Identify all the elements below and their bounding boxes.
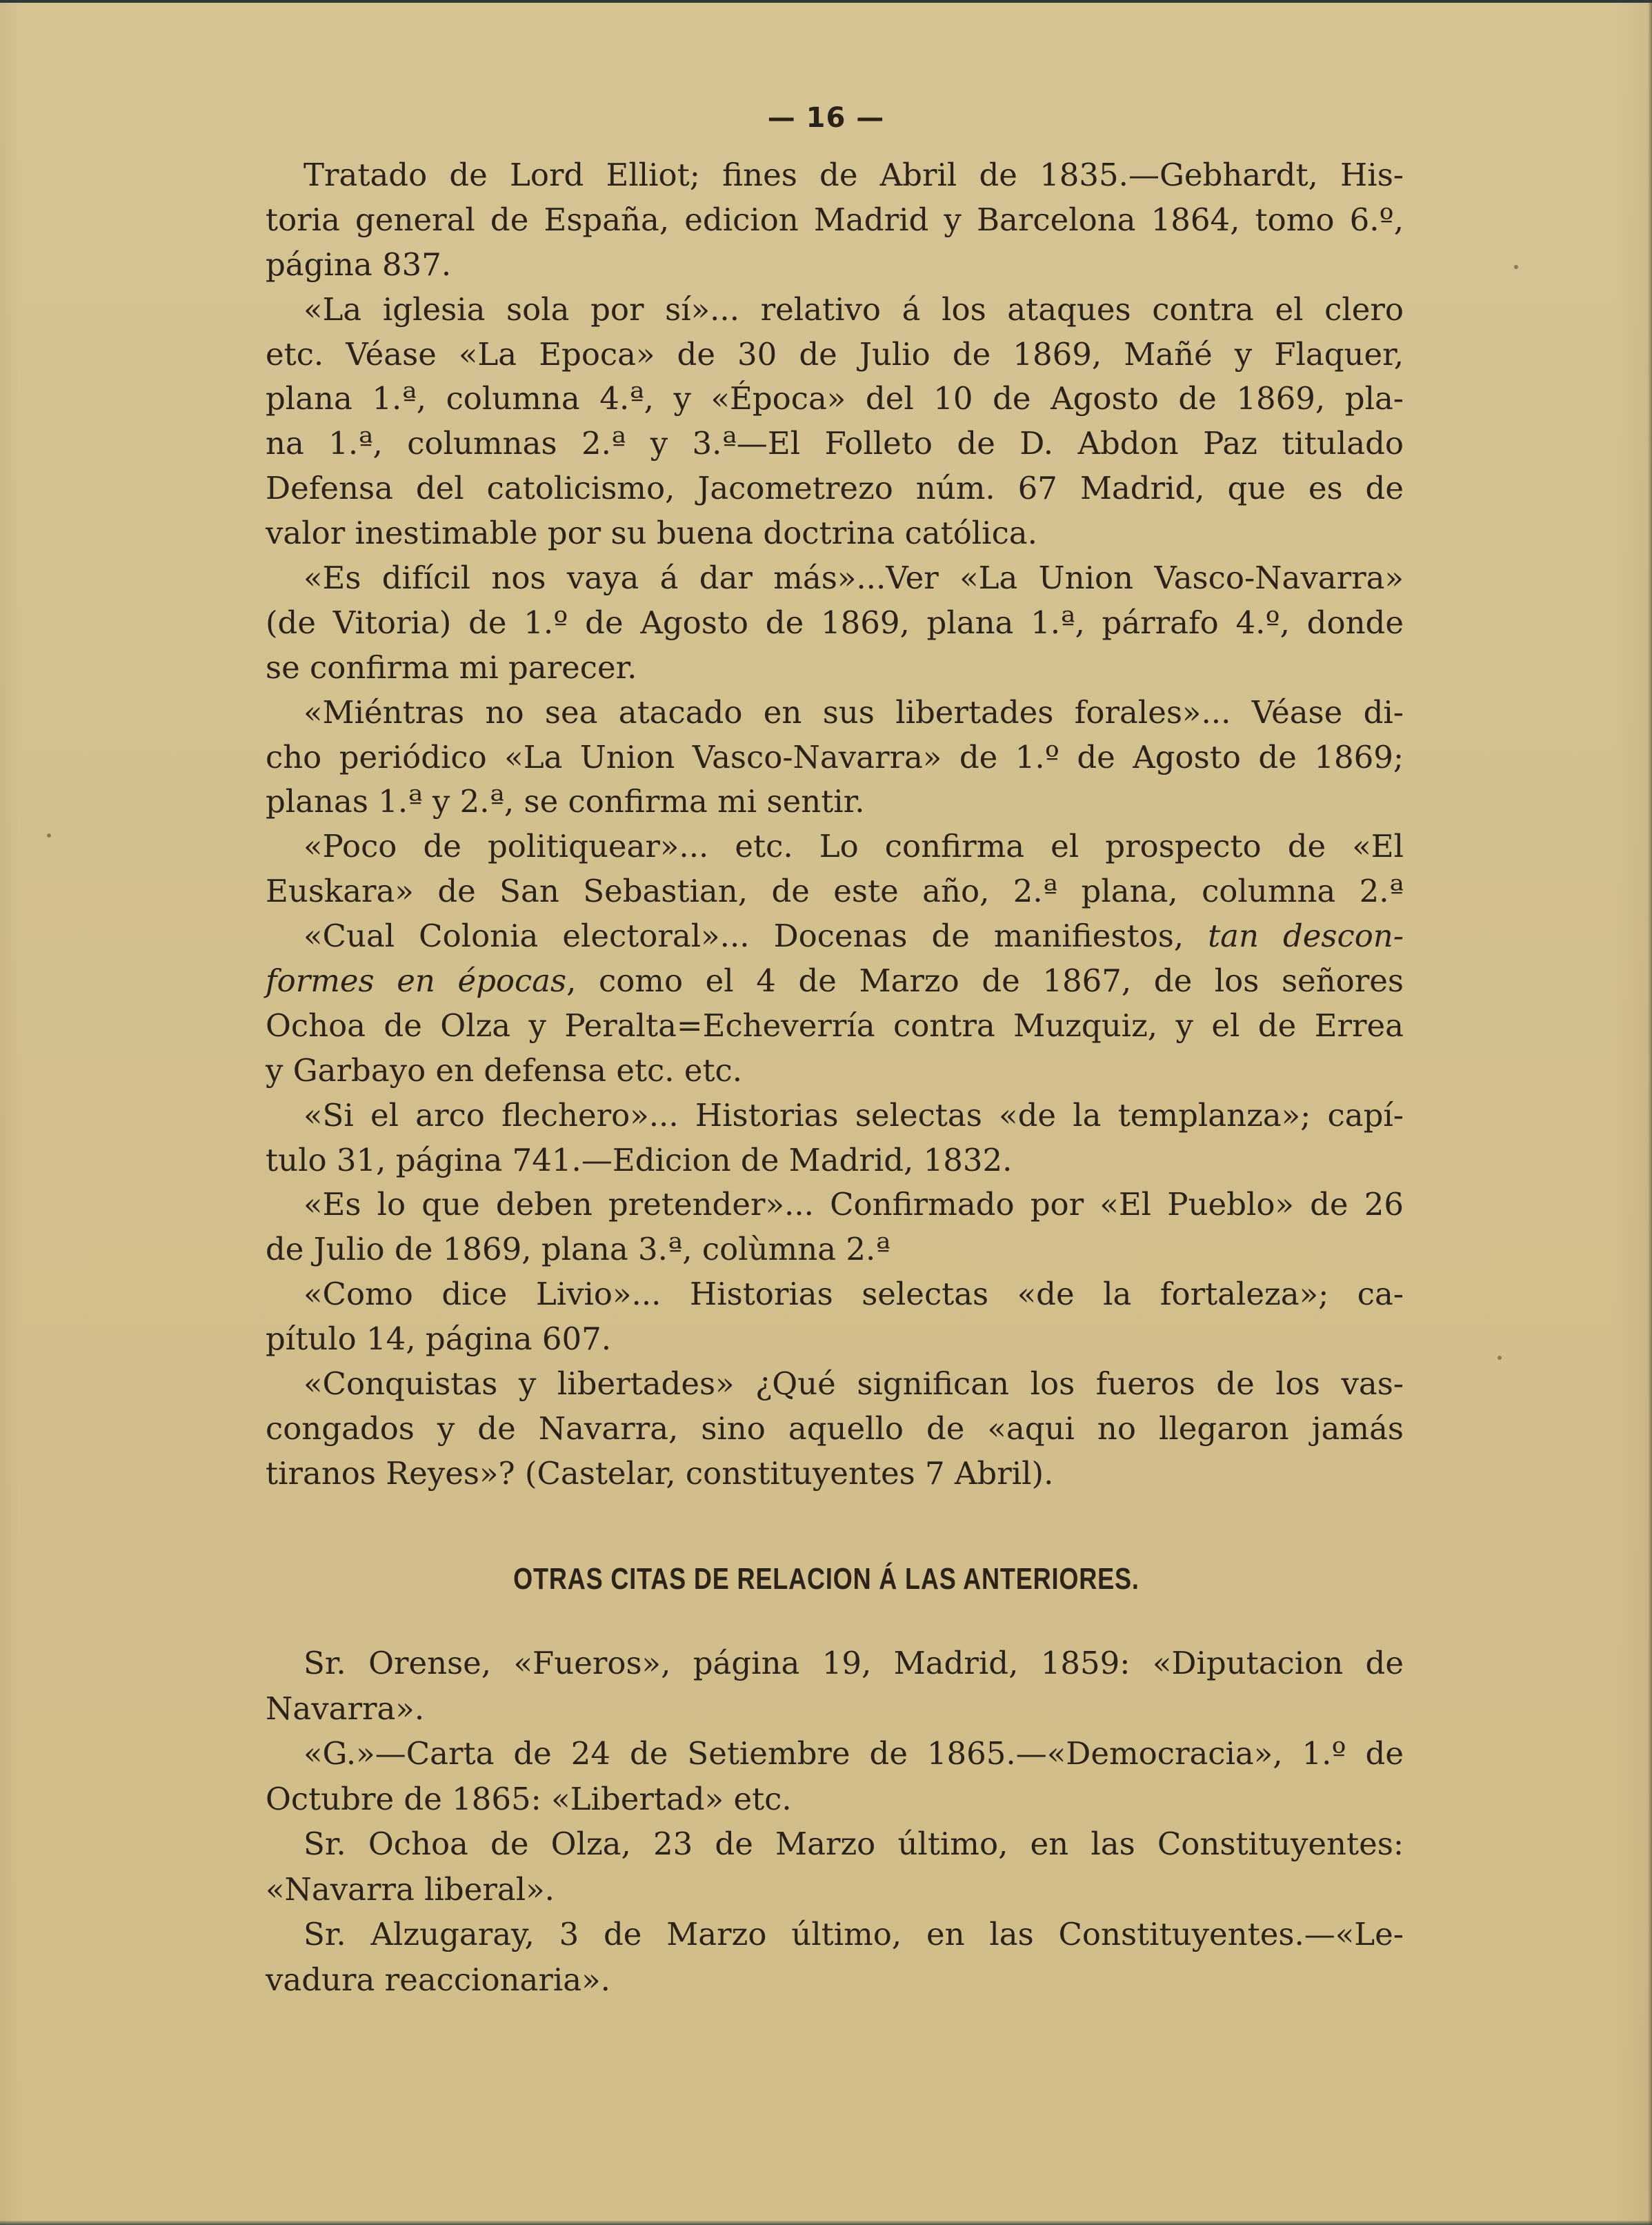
section-text: Sr. Orense, «Fueros», página 19, Madrid,… xyxy=(266,1641,1404,2002)
text-segment: , como el 4 de Marzo de 1867, de los señ… xyxy=(566,962,1404,999)
text-line: «Conquistas y libertades» ¿Qué significa… xyxy=(266,1362,1404,1407)
text-line: cho periódico «La Union Vasco-Navarra» d… xyxy=(266,735,1404,780)
text-line: formes en épocas, como el 4 de Marzo de … xyxy=(266,959,1404,1004)
text-line: Octubre de 1865: «Libertad» etc. xyxy=(266,1777,1404,1822)
text-line: Euskara» de San Sebastian, de este año, … xyxy=(266,869,1404,914)
text-line: toria general de España, edicion Madrid … xyxy=(266,198,1404,243)
text-line: congados y de Navarra, sino aquello de «… xyxy=(266,1407,1404,1452)
italic-segment: formes en épocas xyxy=(266,962,566,999)
text-line: y Garbayo en defensa etc. etc. xyxy=(266,1049,1404,1094)
text-line: se confirma mi parecer. xyxy=(266,646,1404,691)
text-line: plana 1.ª, columna 4.ª, y «Época» del 10… xyxy=(266,377,1404,422)
italic-segment: tan descon- xyxy=(1208,918,1404,954)
text-line: tulo 31, página 741.—Edicion de Madrid, … xyxy=(266,1138,1404,1183)
text-line: «Es lo que deben pretender»... Confirmad… xyxy=(266,1183,1404,1227)
text-line: Sr. Ochoa de Olza, 23 de Marzo último, e… xyxy=(266,1821,1404,1867)
text-line: vadura reaccionaria». xyxy=(266,1957,1404,2003)
scanned-page: — 16 — Tratado de Lord Elliot; fines de … xyxy=(0,0,1652,2225)
text-line: planas 1.ª y 2.ª, se confirma mi sentir. xyxy=(266,780,1404,824)
text-segment: «Cual Colonia electoral»... Docenas de m… xyxy=(303,918,1208,954)
text-line: tiranos Reyes»? (Castelar, constituyente… xyxy=(266,1452,1404,1496)
paper-speck xyxy=(47,833,51,838)
text-line: «Como dice Livio»... Historias selectas … xyxy=(266,1272,1404,1317)
text-line: «G.»—Carta de 24 de Setiembre de 1865.—«… xyxy=(266,1731,1404,1777)
text-line: «Si el arco flechero»... Historias selec… xyxy=(266,1094,1404,1138)
text-line: Navarra». xyxy=(266,1686,1404,1732)
text-line: página 837. xyxy=(266,243,1404,288)
paper-speck xyxy=(1514,265,1518,269)
body-text: Tratado de Lord Elliot; fines de Abril d… xyxy=(266,153,1404,1496)
page-number: — 16 — xyxy=(0,102,1652,134)
text-line: «Miéntras no sea atacado en sus libertad… xyxy=(266,691,1404,735)
text-line: «La iglesia sola por sí»... relativo á l… xyxy=(266,288,1404,333)
text-line: «Navarra liberal». xyxy=(266,1867,1404,1912)
scan-top-edge xyxy=(0,0,1652,3)
text-line: pítulo 14, página 607. xyxy=(266,1317,1404,1362)
scan-bottom-edge xyxy=(0,2221,1652,2225)
paper-speck xyxy=(1497,1356,1502,1360)
scan-right-edge xyxy=(1648,0,1652,2225)
text-line: Ochoa de Olza y Peralta=Echeverría contr… xyxy=(266,1004,1404,1049)
section-heading: OTRAS CITAS DE RELACION Á LAS ANTERIORES… xyxy=(149,1562,1504,1596)
text-line: etc. Véase «La Epoca» de 30 de Julio de … xyxy=(266,333,1404,377)
text-line: Sr. Alzugaray, 3 de Marzo último, en las… xyxy=(266,1912,1404,1957)
text-line: (de Vitoria) de 1.º de Agosto de 1869, p… xyxy=(266,601,1404,646)
text-line: «Poco de politiquear»... etc. Lo confirm… xyxy=(266,824,1404,869)
text-line: Defensa del catolicismo, Jacometrezo núm… xyxy=(266,466,1404,511)
text-line: Tratado de Lord Elliot; fines de Abril d… xyxy=(266,153,1404,198)
text-line: «Es difícil nos vaya á dar más»...Ver «L… xyxy=(266,556,1404,601)
text-line: Sr. Orense, «Fueros», página 19, Madrid,… xyxy=(266,1641,1404,1686)
text-line: de Julio de 1869, plana 3.ª, colùmna 2.ª xyxy=(266,1227,1404,1272)
text-line: valor inestimable por su buena doctrina … xyxy=(266,511,1404,556)
text-line: na 1.ª, columnas 2.ª y 3.ª—El Folleto de… xyxy=(266,422,1404,466)
text-line: «Cual Colonia electoral»... Docenas de m… xyxy=(266,914,1404,959)
